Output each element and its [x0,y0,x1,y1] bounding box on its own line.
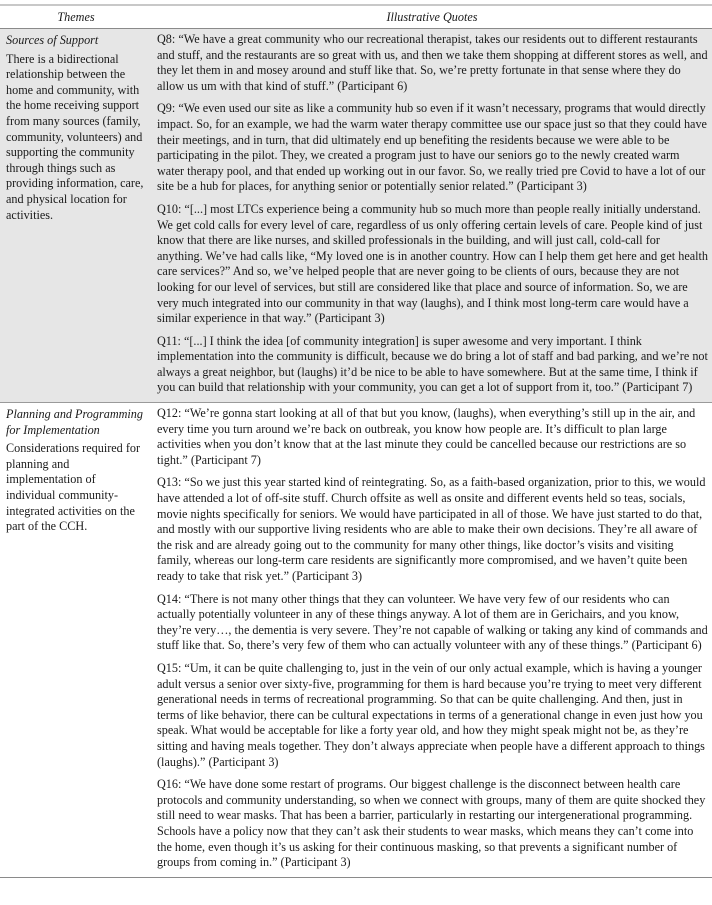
quote-q12: Q12: “We’re gonna start looking at all o… [157,406,708,468]
quotes-cell: Q8: “We have a great community who our r… [152,29,712,402]
table-header: Themes Illustrative Quotes [0,6,712,29]
quote-q16: Q16: “We have done some restart of progr… [157,777,708,871]
table-row-sources-of-support: Sources of Support There is a bidirectio… [0,29,712,402]
table-row-planning-and-programming: Planning and Programming for Implementat… [0,402,712,877]
bottom-rule [0,877,712,878]
quote-q13: Q13: “So we just this year started kind … [157,475,708,584]
header-themes: Themes [0,10,152,25]
theme-title: Sources of Support [6,33,148,49]
quote-q10: Q10: “[...] most LTCs experience being a… [157,202,708,327]
theme-cell: Planning and Programming for Implementat… [0,403,152,877]
themes-quotes-table: Themes Illustrative Quotes Sources of Su… [0,4,712,878]
quote-q15: Q15: “Um, it can be quite challenging to… [157,661,708,770]
quote-q11: Q11: “[...] I think the idea [of communi… [157,334,708,396]
theme-description: Considerations required for planning and… [6,441,148,535]
quote-q8: Q8: “We have a great community who our r… [157,32,708,94]
header-quotes: Illustrative Quotes [152,10,712,25]
quote-q9: Q9: “We even used our site as like a com… [157,101,708,195]
theme-cell: Sources of Support There is a bidirectio… [0,29,152,402]
quote-q14: Q14: “There is not many other things tha… [157,592,708,654]
quotes-cell: Q12: “We’re gonna start looking at all o… [152,403,712,877]
theme-description: There is a bidirectional relationship be… [6,52,148,224]
theme-title: Planning and Programming for Implementat… [6,407,148,438]
